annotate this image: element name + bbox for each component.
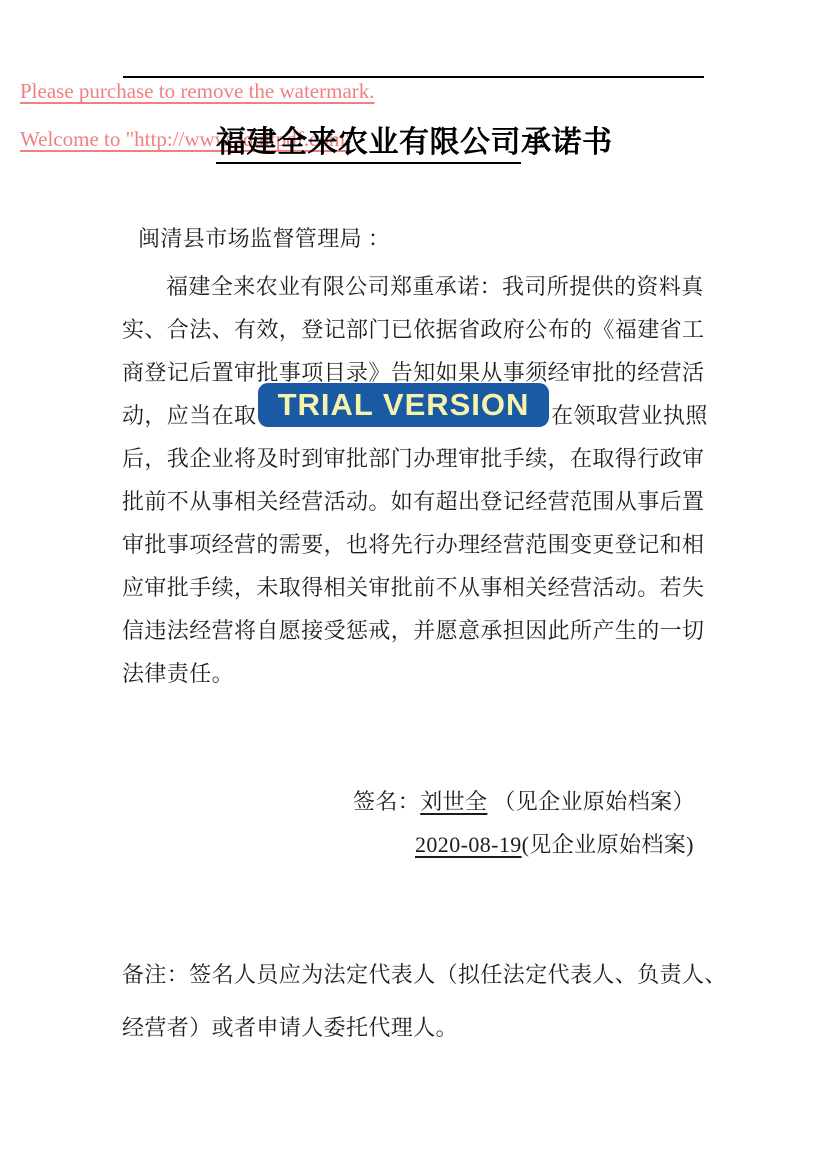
- body-line: 后，我企业将及时到审批部门办理审批手续，在取得行政审: [122, 442, 704, 473]
- signature-date-note: (见企业原始档案): [522, 832, 694, 857]
- body-line: 福建全来农业有限公司郑重承诺：我司所提供的资料真: [166, 270, 704, 301]
- signature-name-line: 签名：刘世全 （见企业原始档案）: [353, 785, 695, 816]
- trial-version-badge: TRIAL VERSION: [258, 383, 549, 427]
- page-title-rest: 承诺书: [521, 126, 613, 159]
- signature-name-note: （见企业原始档案）: [487, 789, 695, 814]
- body-line: 实、合法、有效，登记部门已依据省政府公布的《福建省工: [122, 313, 704, 344]
- body-line: 动，应当在取在领取营业执照: [122, 399, 256, 430]
- header-rule: [123, 76, 704, 78]
- body-line-left-segment: 动，应当在取: [122, 403, 256, 428]
- body-line: 审批事项经营的需要，也将先行办理经营范围变更登记和相: [122, 528, 704, 559]
- body-line: 批前不从事相关经营活动。如有超出登记经营范围从事后置: [122, 485, 704, 516]
- body-line: 法律责任。: [122, 657, 234, 688]
- salutation: 闽清县市场监督管理局 ：: [138, 222, 390, 253]
- signature-label: 签名：: [353, 789, 420, 814]
- body-line: 信违法经营将自愿接受惩戒，并愿意承担因此所产生的一切: [122, 614, 704, 645]
- page-title: 福建全来农业有限公司承诺书: [216, 117, 613, 161]
- page-title-underlined: 福建全来农业有限公司: [216, 126, 521, 164]
- signature-name: 刘世全: [420, 789, 487, 814]
- watermark-line-1: Please purchase to remove the watermark.: [20, 79, 375, 104]
- signature-date: 2020-08-19: [415, 832, 522, 857]
- signature-date-line: 2020-08-19(见企业原始档案): [415, 828, 694, 859]
- remark-line-2: 经营者）或者申请人委托代理人。: [122, 1011, 458, 1042]
- body-line: 应审批手续，未取得相关审批前不从事相关经营活动。若失: [122, 571, 704, 602]
- body-line-right-segment: 在领取营业执照: [551, 399, 708, 430]
- document-page: Please purchase to remove the watermark.…: [0, 0, 827, 1169]
- remark-line-1: 备注：签名人员应为法定代表人（拟任法定代表人、负责人、: [122, 958, 727, 989]
